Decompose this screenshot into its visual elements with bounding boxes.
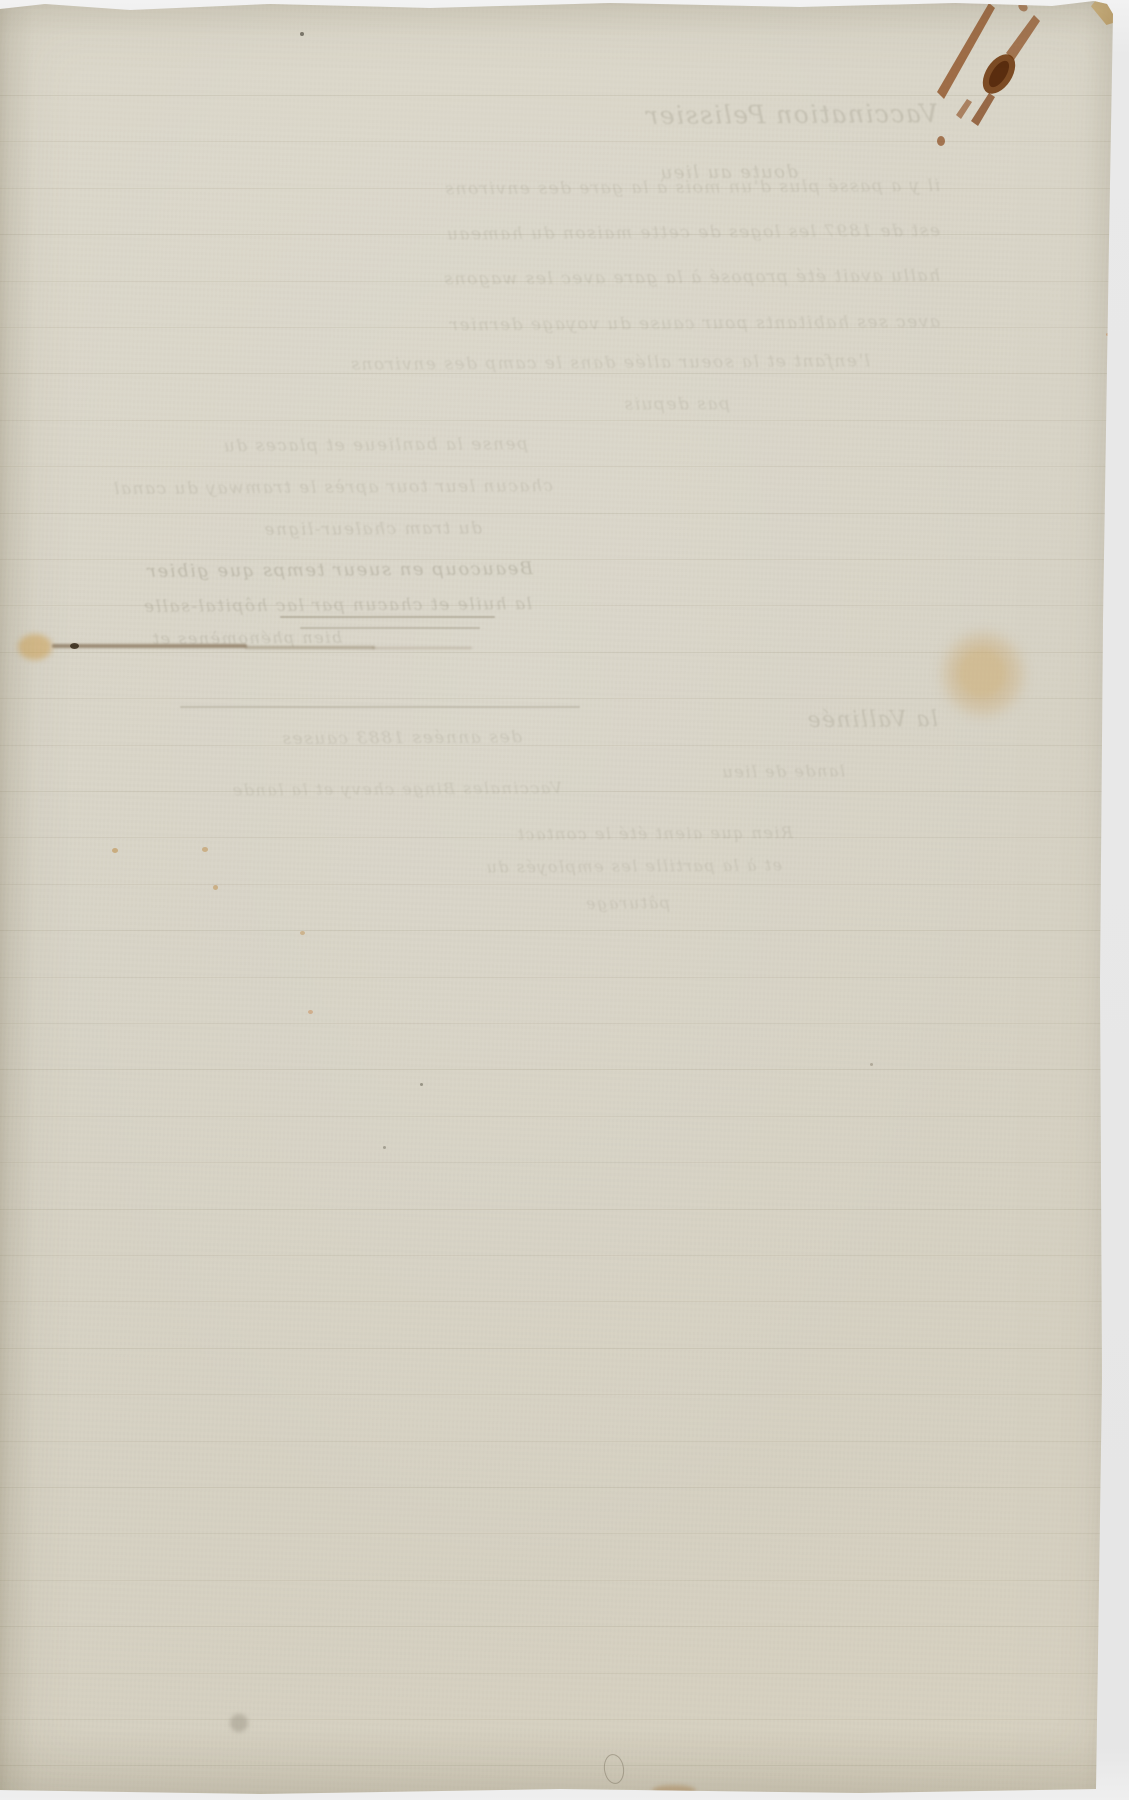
ruled-line bbox=[0, 1487, 1129, 1488]
document-page: Vaccination Pelissierdoute au lieuil y a… bbox=[0, 0, 1129, 1800]
speck bbox=[1106, 333, 1110, 336]
speck bbox=[870, 1063, 873, 1066]
ink-speck bbox=[937, 136, 945, 146]
ruled-line bbox=[0, 605, 1129, 606]
ruled-line bbox=[0, 652, 1129, 653]
speck bbox=[202, 847, 208, 852]
ruled-line bbox=[0, 1023, 1129, 1024]
round-tan-stain bbox=[944, 634, 1022, 714]
bleedthrough-line: avec ses habitants pour cause du voyage … bbox=[80, 312, 940, 338]
ruled-line bbox=[0, 1069, 1129, 1070]
ruled-line bbox=[0, 1580, 1129, 1581]
ruled-line bbox=[0, 1255, 1129, 1256]
bleedthrough-line: pâturage bbox=[480, 893, 670, 913]
speck bbox=[383, 1146, 386, 1149]
scan-background: Vaccination Pelissierdoute au lieuil y a… bbox=[0, 0, 1129, 1800]
speck bbox=[308, 1010, 313, 1014]
faint-rule bbox=[180, 706, 580, 708]
ruled-line bbox=[0, 930, 1129, 931]
ruled-line bbox=[0, 1162, 1129, 1163]
ink-smear-dot bbox=[70, 643, 79, 649]
ruled-line bbox=[0, 373, 1129, 374]
ruled-line bbox=[0, 466, 1129, 467]
bleedthrough-line: Beaucoup en sueur temps que gibier bbox=[8, 558, 533, 583]
bleedthrough-line: la Vallinée bbox=[700, 707, 938, 734]
bleedthrough-line: lande de lieu bbox=[700, 761, 845, 781]
ruled-line bbox=[0, 1301, 1129, 1302]
ruled-line bbox=[0, 1626, 1129, 1627]
bleedthrough-line: du tram chaleur-ligne bbox=[62, 519, 482, 542]
ruled-line bbox=[0, 884, 1129, 885]
ruled-line bbox=[0, 559, 1129, 560]
ruled-line bbox=[0, 1719, 1129, 1720]
ruled-line bbox=[0, 513, 1129, 514]
ruled-line bbox=[0, 1348, 1129, 1349]
ruled-line bbox=[0, 281, 1129, 282]
ruled-line bbox=[0, 1209, 1129, 1210]
ruled-line bbox=[0, 698, 1129, 699]
pencil-loop bbox=[602, 1753, 626, 1785]
ruled-line bbox=[0, 1394, 1129, 1395]
ink-smear-tail bbox=[245, 646, 375, 649]
bleedthrough-line: l'enfant et la soeur allée dans le camp … bbox=[80, 351, 870, 377]
ruled-line bbox=[0, 420, 1129, 421]
ruled-line bbox=[0, 745, 1129, 746]
yellow-stain bbox=[18, 634, 52, 660]
bleedthrough-line: hallu avait été proposé à la gare avec l… bbox=[80, 266, 940, 292]
speck bbox=[300, 32, 304, 36]
underline-stroke bbox=[300, 627, 480, 629]
ruled-line bbox=[0, 977, 1129, 978]
ink-blot bbox=[976, 48, 1022, 99]
ruled-line bbox=[0, 1116, 1129, 1117]
ruled-line bbox=[0, 327, 1129, 328]
ink-splatter bbox=[920, 0, 1060, 170]
bleedthrough-line: Rien que aient été le contact bbox=[478, 823, 793, 844]
ruled-line bbox=[0, 1441, 1129, 1442]
bleedthrough-line: Vaccination Pelissier bbox=[648, 99, 938, 130]
gray-dot bbox=[230, 1714, 248, 1732]
ruled-line bbox=[0, 837, 1129, 838]
bleedthrough-line: est de 1897 les loges de cette maison du… bbox=[80, 221, 940, 247]
speck bbox=[420, 1083, 423, 1086]
ruled-line bbox=[0, 791, 1129, 792]
ink-stroke bbox=[956, 99, 972, 119]
ruled-line bbox=[0, 141, 1129, 142]
folded-corner bbox=[1091, 0, 1119, 25]
ink-blot-core bbox=[985, 58, 1013, 91]
speck bbox=[112, 848, 118, 853]
underline-stroke bbox=[280, 616, 495, 618]
bleedthrough-line: chacun leur tour après le tramway du can… bbox=[28, 476, 553, 500]
bleedthrough-line: doute au lieu bbox=[618, 161, 798, 183]
ink-stroke bbox=[1006, 15, 1040, 60]
ruled-line bbox=[0, 1673, 1129, 1674]
ink-smear bbox=[52, 644, 247, 648]
ruled-line bbox=[0, 1533, 1129, 1534]
bleedthrough-line: bien phénomènes et bbox=[12, 628, 342, 649]
bleedthrough-line: il y a passé plus d'un mois à la gare de… bbox=[80, 176, 940, 202]
speck bbox=[213, 885, 218, 890]
ruled-line bbox=[0, 234, 1129, 235]
ink-stroke bbox=[971, 93, 995, 126]
ink-speck bbox=[1017, 1, 1030, 14]
round-tan-stain-core bbox=[958, 648, 1006, 698]
ink-stroke bbox=[937, 3, 995, 99]
ink-smear-tail bbox=[372, 647, 472, 649]
bleedthrough-line: pense la banlieue et places du bbox=[28, 434, 528, 457]
brown-smudge bbox=[652, 1785, 696, 1796]
bleedthrough-line: pas depuis bbox=[480, 394, 730, 416]
ruled-line bbox=[0, 188, 1129, 189]
ruled-line bbox=[0, 95, 1129, 96]
bleedthrough-line: la huile et chacun par lac hôpital-salle bbox=[32, 594, 532, 617]
bleedthrough-line: Vaccinales Binge chevy et la lande bbox=[62, 778, 562, 800]
bleedthrough-line: des années 1883 causes bbox=[62, 727, 522, 750]
speck bbox=[300, 931, 305, 935]
ruled-line bbox=[0, 1765, 1129, 1766]
bleedthrough-line: et à la partille les employés du bbox=[92, 856, 782, 880]
